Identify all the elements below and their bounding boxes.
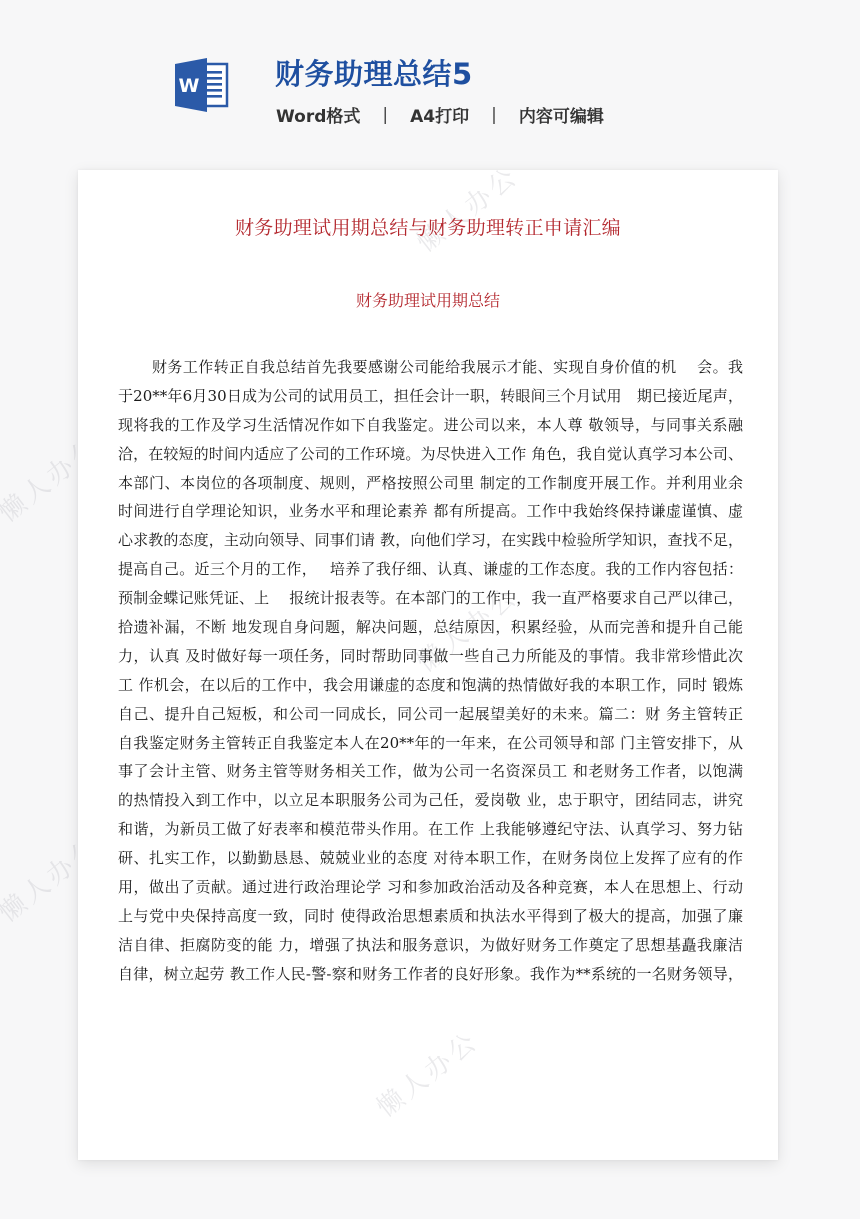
body-line: 拾遗补漏，不断 地发现自身问题，解决问题，总结原因，积累经验，从而完善和提升自己… <box>118 613 743 642</box>
body-line: 现将我的工作及学习生活情况作如下自我鉴定。进公司以来，本人尊 敬领导，与同事关系… <box>118 411 743 440</box>
document-meta: Word格式 | A4打印 | 内容可编辑 <box>276 102 604 127</box>
document-page-preview: 懒人办公 懒人办公 懒人办公 懒人办公 懒人办公 财务助理试用期总结与财务助理转… <box>78 170 778 1160</box>
word-document-icon: W <box>175 58 231 112</box>
document-title: 财务助理总结5 <box>275 52 473 93</box>
body-line: 自己、提升自己短板，和公司一同成长，同公司一起展望美好的未来。篇二：财 务主管转… <box>118 700 743 729</box>
body-line: 本部门、本岗位的各项制度、规则，严格按照公司里 制定的工作制度开展工作。并利用业… <box>118 469 743 498</box>
page-subtitle: 财务助理试用期总结 <box>78 288 778 311</box>
body-line: 的热情投入到工作中，以立足本职服务公司为己任，爱岗敬 业，忠于职守，团结同志，讲… <box>118 786 743 815</box>
body-line: 自律，树立起劳 教工作人民-警-察和财务工作者的良好形象。我作为**系统的一名财… <box>118 960 743 989</box>
page-title: 财务助理试用期总结与财务助理转正申请汇编 <box>78 213 778 240</box>
meta-print: A4打印 <box>410 102 469 127</box>
meta-separator: | <box>382 105 388 125</box>
body-line: 和谐，为新员工做了好表率和模范带头作用。在工作 上我能够遵纪守法、认真学习、努力… <box>118 815 743 844</box>
svg-text:W: W <box>179 75 200 97</box>
body-line: 洁自律、拒腐防变的能 力，增强了执法和服务意识，为做好财务工作奠定了思想基矗我廉… <box>118 931 743 960</box>
body-line: 上与党中央保持高度一致，同时 使得政治思想素质和执法水平得到了极大的提高，加强了… <box>118 902 743 931</box>
body-line: 于20**年6月30日成为公司的试用员工，担任会计一职，转眼间三个月试用 期已接… <box>118 382 743 411</box>
body-line: 工 作机会，在以后的工作中，我会用谦虚的态度和饱满的热情做好我的本职工作，同时 … <box>118 671 743 700</box>
body-line: 提高自己。近三个月的工作， 培养了我仔细、认真、谦虚的工作态度。我的工作内容包括… <box>118 555 743 584</box>
body-line: 财务工作转正自我总结首先我要感谢公司能给我展示才能、实现自身价值的机 会。我 <box>118 353 743 382</box>
body-line: 心求教的态度，主动向领导、同事们请 教，向他们学习，在实践中检验所学知识，查找不… <box>118 526 743 555</box>
body-line: 自我鉴定财务主管转正自我鉴定本人在20**年的一年来，在公司领导和部 门主管安排… <box>118 729 743 758</box>
body-line: 研、扎实工作，以勤勤恳恳、兢兢业业的态度 对待本职工作，在财务岗位上发挥了应有的… <box>118 844 743 873</box>
body-line: 用，做出了贡献。通过进行政治理论学 习和参加政治活动及各种竞赛，本人在思想上、行… <box>118 873 743 902</box>
body-line: 预制金蝶记账凭证、上 报统计报表等。在本部门的工作中，我一直严格要求自己严以律己… <box>118 584 743 613</box>
body-line: 时间进行自学理论知识，业务水平和理论素养 都有所提高。工作中我始终保持谦虚谨慎、… <box>118 497 743 526</box>
meta-separator: | <box>491 105 497 125</box>
body-line: 事了会计主管、财务主管等财务相关工作，做为公司一名资深员工 和老财务工作者，以饱… <box>118 757 743 786</box>
meta-editable: 内容可编辑 <box>519 102 604 127</box>
document-body: 财务工作转正自我总结首先我要感谢公司能给我展示才能、实现自身价值的机 会。我 于… <box>118 353 743 989</box>
document-header: W 财务助理总结5 Word格式 | A4打印 | 内容可编辑 <box>0 0 860 160</box>
watermark-text: 懒人办公 <box>368 1021 485 1124</box>
body-line: 洽，在较短的时间内适应了公司的工作环境。为尽快进入工作 角色，我自觉认真学习本公… <box>118 440 743 469</box>
meta-format: Word格式 <box>276 102 360 127</box>
body-line: 力，认真 及时做好每一项任务，同时帮助同事做一些自己力所能及的事情。我非常珍惜此… <box>118 642 743 671</box>
